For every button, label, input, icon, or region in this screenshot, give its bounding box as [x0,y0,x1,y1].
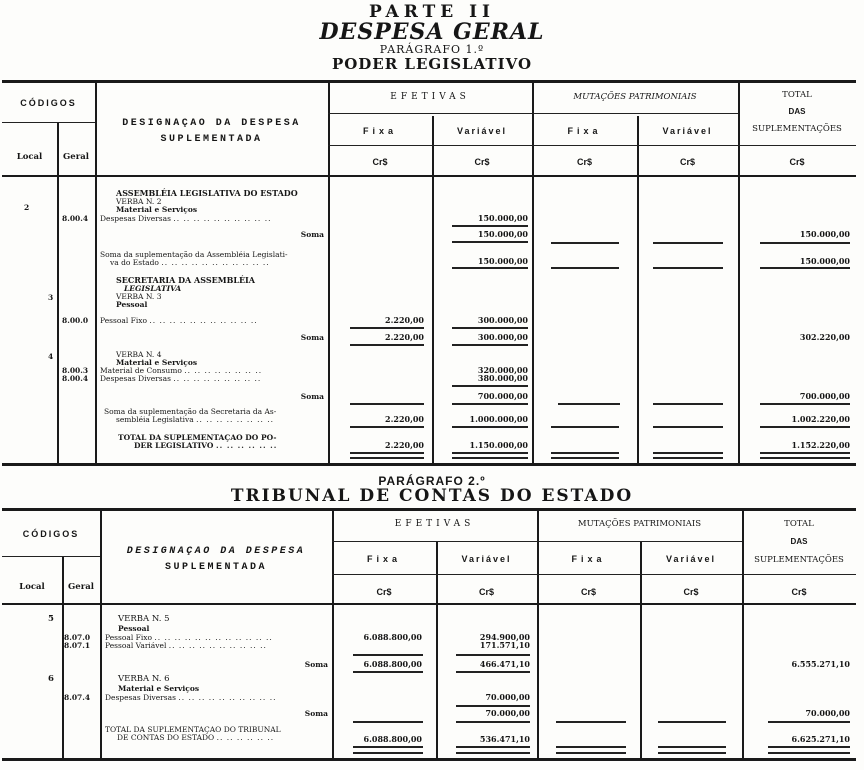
row-label: Pessoal Variável .. .. .. .. .. .. .. ..… [105,641,267,650]
variavel-value: 171.571,10 [436,640,530,650]
fixa-value: 6.088.800,00 [332,632,422,642]
currency-label: Cr$ [436,587,537,597]
sum-rule [353,721,423,723]
sum-rule [456,671,530,673]
geral-code: 8.07.4 [64,693,90,702]
total-header-3: SUPLEMENTAÇÕES [742,555,856,565]
total-value: 6.555.271,10 [742,659,850,669]
designacao-line-2: SUPLEMENTADA [100,560,332,576]
variavel-value: 536.471,10 [436,734,530,744]
variavel-value: 466.471,10 [436,659,530,669]
table-tribunal-de-contas: CÓDIGOS Local Geral DESIGNAÇAO DA DESPES… [0,0,856,770]
header-rule [332,574,856,575]
efetivas-variavel-header: Variável [436,554,537,564]
soma-label: Soma [105,660,328,669]
row-text: DE CONTAS DO ESTADO [117,733,214,742]
grand-total-label-2: DE CONTAS DO ESTADO .. .. .. .. .. .. [117,733,274,742]
verba-label: VERBA N. 6 [118,675,170,684]
header-rule [2,556,100,557]
row-text: Despesas Diversas [105,693,176,702]
fixa-value: 6.088.800,00 [332,734,422,744]
sum-rule [658,746,726,748]
table-top-rule [2,508,856,511]
total-header-2: DAS [742,537,856,546]
table-bottom-rule [2,758,856,761]
codigos-header: CÓDIGOS [2,529,100,539]
mutacoes-header: MUTAÇÕES PATRIMONIAIS [537,519,742,529]
sum-rule [353,746,423,748]
sum-rule [556,721,626,723]
currency-label: Cr$ [742,587,856,597]
row-text: Pessoal Variável [105,641,166,650]
double-rule [456,752,530,754]
total-value: 70.000,00 [742,708,850,718]
col-divider [742,510,744,758]
double-rule [556,752,626,754]
geral-code: 8.07.1 [64,641,90,650]
mutacoes-variavel-header: Variável [640,554,742,564]
fixa-value: 6.088.800,00 [332,659,422,669]
currency-label: Cr$ [537,587,640,597]
sum-rule [456,721,530,723]
double-rule [768,752,850,754]
sum-rule [353,671,423,673]
variavel-value: 70.000,00 [436,708,530,718]
sum-rule [456,654,530,656]
leader-dots: .. .. .. .. .. .. .. .. .. .. [178,693,276,702]
verba-label: VERBA N. 5 [118,615,170,624]
leader-dots: .. .. .. .. .. .. [217,733,275,742]
sum-rule [456,746,530,748]
efetivas-header: EFETIVAS [332,519,537,529]
col-divider [537,510,539,758]
sum-rule [456,705,530,707]
currency-label: Cr$ [332,587,436,597]
header-bottom-rule [2,603,856,605]
row-label: Despesas Diversas .. .. .. .. .. .. .. .… [105,693,276,702]
geral-header: Geral [62,582,100,592]
efetivas-fixa-header: Fixa [332,554,436,564]
mutacoes-fixa-header: Fixa [537,554,640,564]
designacao-header: DESIGNAÇAO DA DESPESA SUPLEMENTADA [100,544,332,576]
sum-rule [768,721,850,723]
double-rule [353,752,423,754]
total-value: 6.625.271,10 [742,734,850,744]
sum-rule [658,721,726,723]
sum-rule [353,654,423,656]
local-header: Local [2,582,62,592]
local-code: 6 [48,675,54,684]
soma-label: Soma [105,709,328,718]
sum-rule [556,746,626,748]
leader-dots: .. .. .. .. .. .. .. .. .. .. [169,641,267,650]
double-rule [658,752,726,754]
currency-label: Cr$ [640,587,742,597]
sub-heading: Material e Serviços [118,684,199,693]
variavel-value: 70.000,00 [436,692,530,702]
sum-rule [768,746,850,748]
total-header-1: TOTAL [742,519,856,529]
local-code: 5 [48,615,54,624]
sub-heading: Pessoal [118,624,149,633]
designacao-line-1: DESIGNAÇAO DA DESPESA [100,544,332,560]
header-rule [332,541,742,542]
